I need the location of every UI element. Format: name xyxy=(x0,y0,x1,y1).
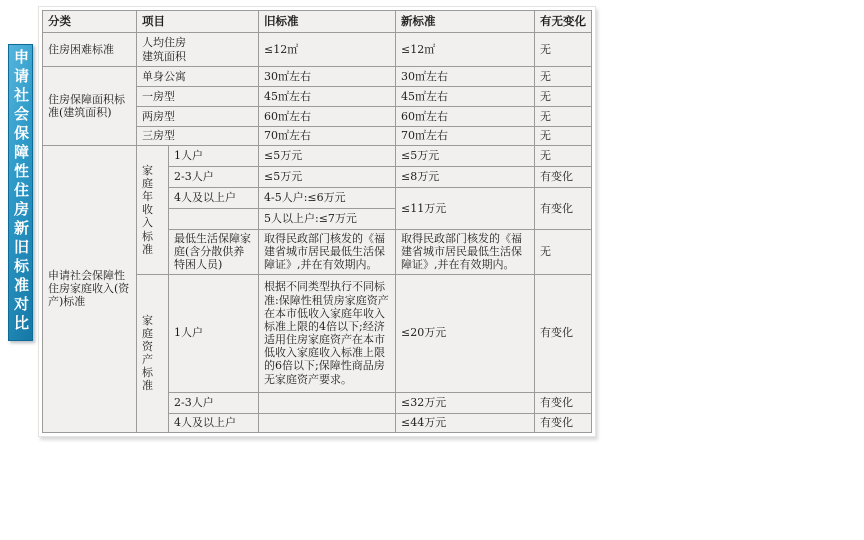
cell-old-standard: 60㎡左右 xyxy=(259,107,396,127)
cell-new-standard: 30㎡左右 xyxy=(396,67,535,87)
cell-changed: 有变化 xyxy=(535,274,592,392)
cell-changed: 有变化 xyxy=(535,392,592,413)
cell-old-standard: 取得民政部门核发的《福建省城市居民最低生活保障证》,并在有效期内。 xyxy=(259,230,396,275)
cell-item: 最低生活保障家庭(含分散供养特困人员) xyxy=(169,230,259,275)
cell-item-empty xyxy=(169,209,259,230)
cell-new-standard: 取得民政部门核发的《福建省城市居民最低生活保障证》,并在有效期内。 xyxy=(396,230,535,275)
cell-new-standard: ≤12㎡ xyxy=(396,33,535,67)
cell-changed: 无 xyxy=(535,230,592,275)
page: 申请社会保障性住房新旧标准对比 分类 项目 旧标准 新标准 有无变化 住房困难标… xyxy=(0,0,864,540)
cell-changed: 有变化 xyxy=(535,413,592,432)
cell-item: 一房型 xyxy=(137,87,259,107)
cell-changed: 无 xyxy=(535,67,592,87)
cell-old-standard: 5人以上户:≤7万元 xyxy=(259,209,396,230)
cell-old-standard: ≤5万元 xyxy=(259,146,396,167)
header-row: 分类 项目 旧标准 新标准 有无变化 xyxy=(43,11,592,33)
cell-old-standard: ≤5万元 xyxy=(259,167,396,188)
header-item: 项目 xyxy=(137,11,259,33)
cell-old-standard: 70㎡左右 xyxy=(259,127,396,146)
cell-group-annual-income: 家庭年收入标准 xyxy=(137,146,169,275)
cell-new-standard: ≤44万元 xyxy=(396,413,535,432)
cell-new-standard: ≤20万元 xyxy=(396,274,535,392)
cell-changed: 无 xyxy=(535,146,592,167)
cell-item: 单身公寓 xyxy=(137,67,259,87)
cell-item: 1人户 xyxy=(169,274,259,392)
cell-item: 4人及以上户 xyxy=(169,413,259,432)
cell-changed: 有变化 xyxy=(535,167,592,188)
cell-new-standard: 45㎡左右 xyxy=(396,87,535,107)
cell-category-income-asset: 申请社会保障性住房家庭收入(资产)标准 xyxy=(43,146,137,433)
cell-old-standard: 30㎡左右 xyxy=(259,67,396,87)
cell-changed: 无 xyxy=(535,87,592,107)
cell-new-standard: ≤11万元 xyxy=(396,188,535,230)
cell-old-standard: ≤12㎡ xyxy=(259,33,396,67)
cell-new-standard: ≤8万元 xyxy=(396,167,535,188)
cell-new-standard: 60㎡左右 xyxy=(396,107,535,127)
header-changed: 有无变化 xyxy=(535,11,592,33)
cell-changed: 无 xyxy=(535,127,592,146)
cell-item: 4人及以上户 xyxy=(169,188,259,209)
cell-item: 两房型 xyxy=(137,107,259,127)
cell-item: 人均住房 建筑面积 xyxy=(137,33,259,67)
table-row: 住房保障面积标准(建筑面积) 单身公寓 30㎡左右 30㎡左右 无 xyxy=(43,67,592,87)
comparison-table-wrap: 分类 项目 旧标准 新标准 有无变化 住房困难标准 人均住房 建筑面积 ≤12㎡… xyxy=(38,6,596,437)
cell-changed: 无 xyxy=(535,107,592,127)
cell-old-standard: 4-5人户:≤6万元 xyxy=(259,188,396,209)
header-old-standard: 旧标准 xyxy=(259,11,396,33)
vertical-title-bar: 申请社会保障性住房新旧标准对比 xyxy=(8,44,33,341)
cell-new-standard: ≤32万元 xyxy=(396,392,535,413)
cell-category-difficulty: 住房困难标准 xyxy=(43,33,137,67)
cell-item: 2-3人户 xyxy=(169,392,259,413)
table-row: 住房困难标准 人均住房 建筑面积 ≤12㎡ ≤12㎡ 无 xyxy=(43,33,592,67)
cell-item: 三房型 xyxy=(137,127,259,146)
cell-new-standard: ≤5万元 xyxy=(396,146,535,167)
cell-old-standard: 45㎡左右 xyxy=(259,87,396,107)
cell-new-standard: 70㎡左右 xyxy=(396,127,535,146)
header-new-standard: 新标准 xyxy=(396,11,535,33)
table-row: 申请社会保障性住房家庭收入(资产)标准 家庭年收入标准 1人户 ≤5万元 ≤5万… xyxy=(43,146,592,167)
cell-old-standard-empty xyxy=(259,392,396,413)
cell-item: 2-3人户 xyxy=(169,167,259,188)
cell-group-family-asset: 家庭资产标准 xyxy=(137,274,169,432)
comparison-table: 分类 项目 旧标准 新标准 有无变化 住房困难标准 人均住房 建筑面积 ≤12㎡… xyxy=(42,10,592,433)
cell-changed: 无 xyxy=(535,33,592,67)
header-category: 分类 xyxy=(43,11,137,33)
cell-old-standard: 根据不同类型执行不同标准:保障性租赁房家庭资产在本市低收入家庭年收入标准上限的4… xyxy=(259,274,396,392)
cell-changed: 有变化 xyxy=(535,188,592,230)
cell-item: 1人户 xyxy=(169,146,259,167)
cell-category-area: 住房保障面积标准(建筑面积) xyxy=(43,67,137,146)
cell-old-standard-empty xyxy=(259,413,396,432)
